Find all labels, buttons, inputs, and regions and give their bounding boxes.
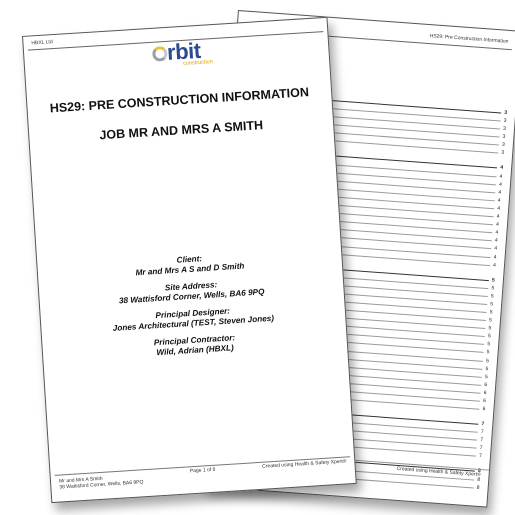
project-details: Client: Mr and Mrs A S and D Smith Site …: [37, 245, 347, 372]
toc-entry-page: 3: [502, 142, 505, 148]
toc-entry-page: 5: [488, 325, 491, 331]
toc-entry-page: 4: [494, 246, 497, 252]
toc-entry-page: 4: [496, 214, 499, 220]
logo-ring-icon: [152, 46, 168, 62]
toc-entry-page: 6: [484, 390, 487, 396]
toc-entry-page: 6: [483, 398, 486, 404]
toc-entry-page: 4: [498, 189, 501, 195]
document-title: HS29: PRE CONSTRUCTION INFORMATION: [27, 84, 331, 117]
toc-entry-page: 7: [479, 453, 482, 459]
toc-entry-page: 7: [481, 429, 484, 435]
toc-entry-page: 5: [485, 374, 488, 380]
toc-entry-page: 4: [493, 262, 496, 268]
toc-entry-page: 7: [479, 445, 482, 451]
toc-entry-page: 5: [489, 317, 492, 323]
toc-entry-page: 5: [485, 366, 488, 372]
footer-credit: Created using Health & Safety Xpert®: [262, 458, 347, 469]
toc-entry-page: 5: [488, 333, 491, 339]
toc-entry-page: 3: [501, 150, 504, 156]
cover-header-left: HBXL Ltd: [31, 39, 53, 46]
toc-entry-page: 5: [491, 293, 494, 299]
toc-entry-page: 5: [486, 350, 489, 356]
toc-entry-page: 4: [497, 205, 500, 211]
toc-entry-page: 8: [477, 484, 480, 490]
toc-entry-page: 5: [486, 358, 489, 364]
toc-entry-page: 7: [480, 437, 483, 443]
toc-entry-page: 4: [498, 197, 501, 203]
toc-entry-page: 5: [490, 301, 493, 307]
toc-entry-page: 4: [495, 238, 498, 244]
toc-entry-page: 3: [504, 110, 507, 116]
toc-entry-page: 5: [487, 342, 490, 348]
toc-entry-page: 4: [493, 254, 496, 260]
toc-entry-page: 4: [499, 173, 502, 179]
toc-entry-page: 5: [492, 277, 495, 283]
toc-entry-page: 5: [489, 309, 492, 315]
document-preview: HS29: Pre Construction Information OF CO…: [0, 0, 515, 515]
toc-entry-page: 7: [481, 421, 484, 427]
toc-entry-page: 3: [503, 118, 506, 124]
toc-entry-page: 4: [500, 165, 503, 171]
toc-entry-page: 4: [499, 181, 502, 187]
document-subtitle: JOB MR AND MRS A SMITH: [29, 114, 333, 147]
toc-entry-page: 6: [482, 406, 485, 412]
toc-entry-page: 4: [495, 230, 498, 236]
toc-entry-page: 5: [491, 285, 494, 291]
toc-entry-page: 3: [503, 126, 506, 132]
toc-entry-page: 4: [496, 222, 499, 228]
toc-entry-page: 6: [484, 382, 487, 388]
cover-page: HBXL Ltd rbit construction HS29: PRE CON…: [22, 17, 357, 503]
toc-entry-page: 3: [502, 134, 505, 140]
toc-header-right: HS29: Pre Construction Information: [429, 33, 508, 45]
